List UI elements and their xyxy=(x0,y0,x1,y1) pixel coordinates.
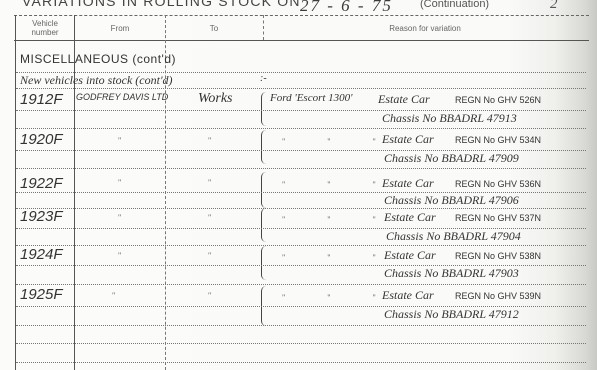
section-heading: MISCELLANEOUS (cont'd) xyxy=(20,52,176,66)
form-date: 27 - 6 - 75 xyxy=(300,0,393,16)
row-rule xyxy=(16,88,586,89)
from-value: GODFREY DAVIS LTD xyxy=(76,92,168,102)
row-rule xyxy=(16,208,586,209)
regn-text: REGN No GHV 537N xyxy=(455,213,541,223)
row-rule xyxy=(16,245,586,246)
continuation-label: (Continuation) xyxy=(420,0,489,10)
regn-text: REGN No GHV 539N xyxy=(455,291,541,301)
row-rule xyxy=(16,168,586,169)
row-rule xyxy=(16,284,586,285)
description-text: Estate Car xyxy=(378,92,430,107)
description-text: Estate Car xyxy=(384,210,436,225)
from-ditto: " xyxy=(118,178,121,187)
regn-text: REGN No GHV 526N xyxy=(455,95,541,105)
description-text: Estate Car xyxy=(382,132,434,147)
row-rule xyxy=(16,128,586,129)
brace-icon xyxy=(261,172,267,208)
to-value: Works xyxy=(198,91,233,107)
column-header-from: From xyxy=(76,24,164,33)
from-ditto: " xyxy=(118,213,121,222)
from-ditto: " xyxy=(118,251,121,260)
section-subheading: New vehicles into stock (cont'd) xyxy=(20,73,173,88)
chassis-text: Chassis No BBADRL 47906 xyxy=(384,193,519,208)
vehicle-number: 1925F xyxy=(20,286,63,303)
row-rule xyxy=(16,343,586,344)
vehicle-number: 1912F xyxy=(20,91,63,108)
regn-text: REGN No GHV 536N xyxy=(455,179,541,189)
subheading-mark: :- xyxy=(260,73,267,84)
to-ditto: " xyxy=(208,136,211,145)
vehicle-number: 1920F xyxy=(20,131,63,148)
chassis-text: Chassis No BBADRL 47912 xyxy=(384,307,519,322)
to-ditto: " xyxy=(208,251,211,260)
regn-text: REGN No GHV 534N xyxy=(455,135,541,145)
description-text: Estate Car xyxy=(384,248,436,263)
rolling-stock-form: VARIATIONS IN ROLLING STOCK ON 27 - 6 - … xyxy=(0,0,597,370)
vehicle-number: 1924F xyxy=(20,246,63,263)
model-ditto: " " " xyxy=(282,215,396,224)
description-text: Estate Car xyxy=(382,176,434,191)
row-rule xyxy=(16,362,586,363)
chassis-text: Chassis No BBADRL 47903 xyxy=(384,266,519,281)
chassis-text: Chassis No BBADRL 47904 xyxy=(386,229,521,244)
vehicle-number: 1922F xyxy=(20,175,63,192)
column-header-reason: Reason for variation xyxy=(265,24,585,33)
column-header-to: To xyxy=(167,24,261,33)
brace-icon xyxy=(261,130,267,164)
to-ditto: " xyxy=(208,213,211,222)
regn-text: REGN No GHV 538N xyxy=(455,251,541,261)
brace-icon xyxy=(261,246,267,280)
description-text: Estate Car xyxy=(382,288,434,303)
form-title: VARIATIONS IN ROLLING STOCK ON xyxy=(22,0,301,9)
vehicle-number: 1923F xyxy=(20,208,63,225)
to-ditto: " xyxy=(208,178,211,187)
model-text: Ford 'Escort 1300' xyxy=(270,92,353,104)
column-header-vehicle: Vehicle number xyxy=(18,19,72,37)
model-ditto: " " " xyxy=(282,253,396,262)
page-number: 2 xyxy=(550,0,558,13)
top-rule xyxy=(14,15,589,16)
row-rule xyxy=(16,325,586,326)
from-ditto: " xyxy=(118,136,121,145)
model-ditto: " " " xyxy=(282,180,396,189)
to-ditto: " xyxy=(208,291,211,300)
chassis-text: Chassis No BBADRL 47909 xyxy=(384,151,519,166)
from-ditto: " xyxy=(112,291,115,300)
header-rule xyxy=(14,40,589,41)
model-ditto: " " " xyxy=(282,293,396,302)
brace-icon xyxy=(261,92,267,126)
chassis-text: Chassis No BBADRL 47913 xyxy=(382,111,517,126)
column-divider-to xyxy=(263,15,264,40)
brace-icon xyxy=(261,208,267,242)
model-ditto: " " " xyxy=(282,137,396,146)
